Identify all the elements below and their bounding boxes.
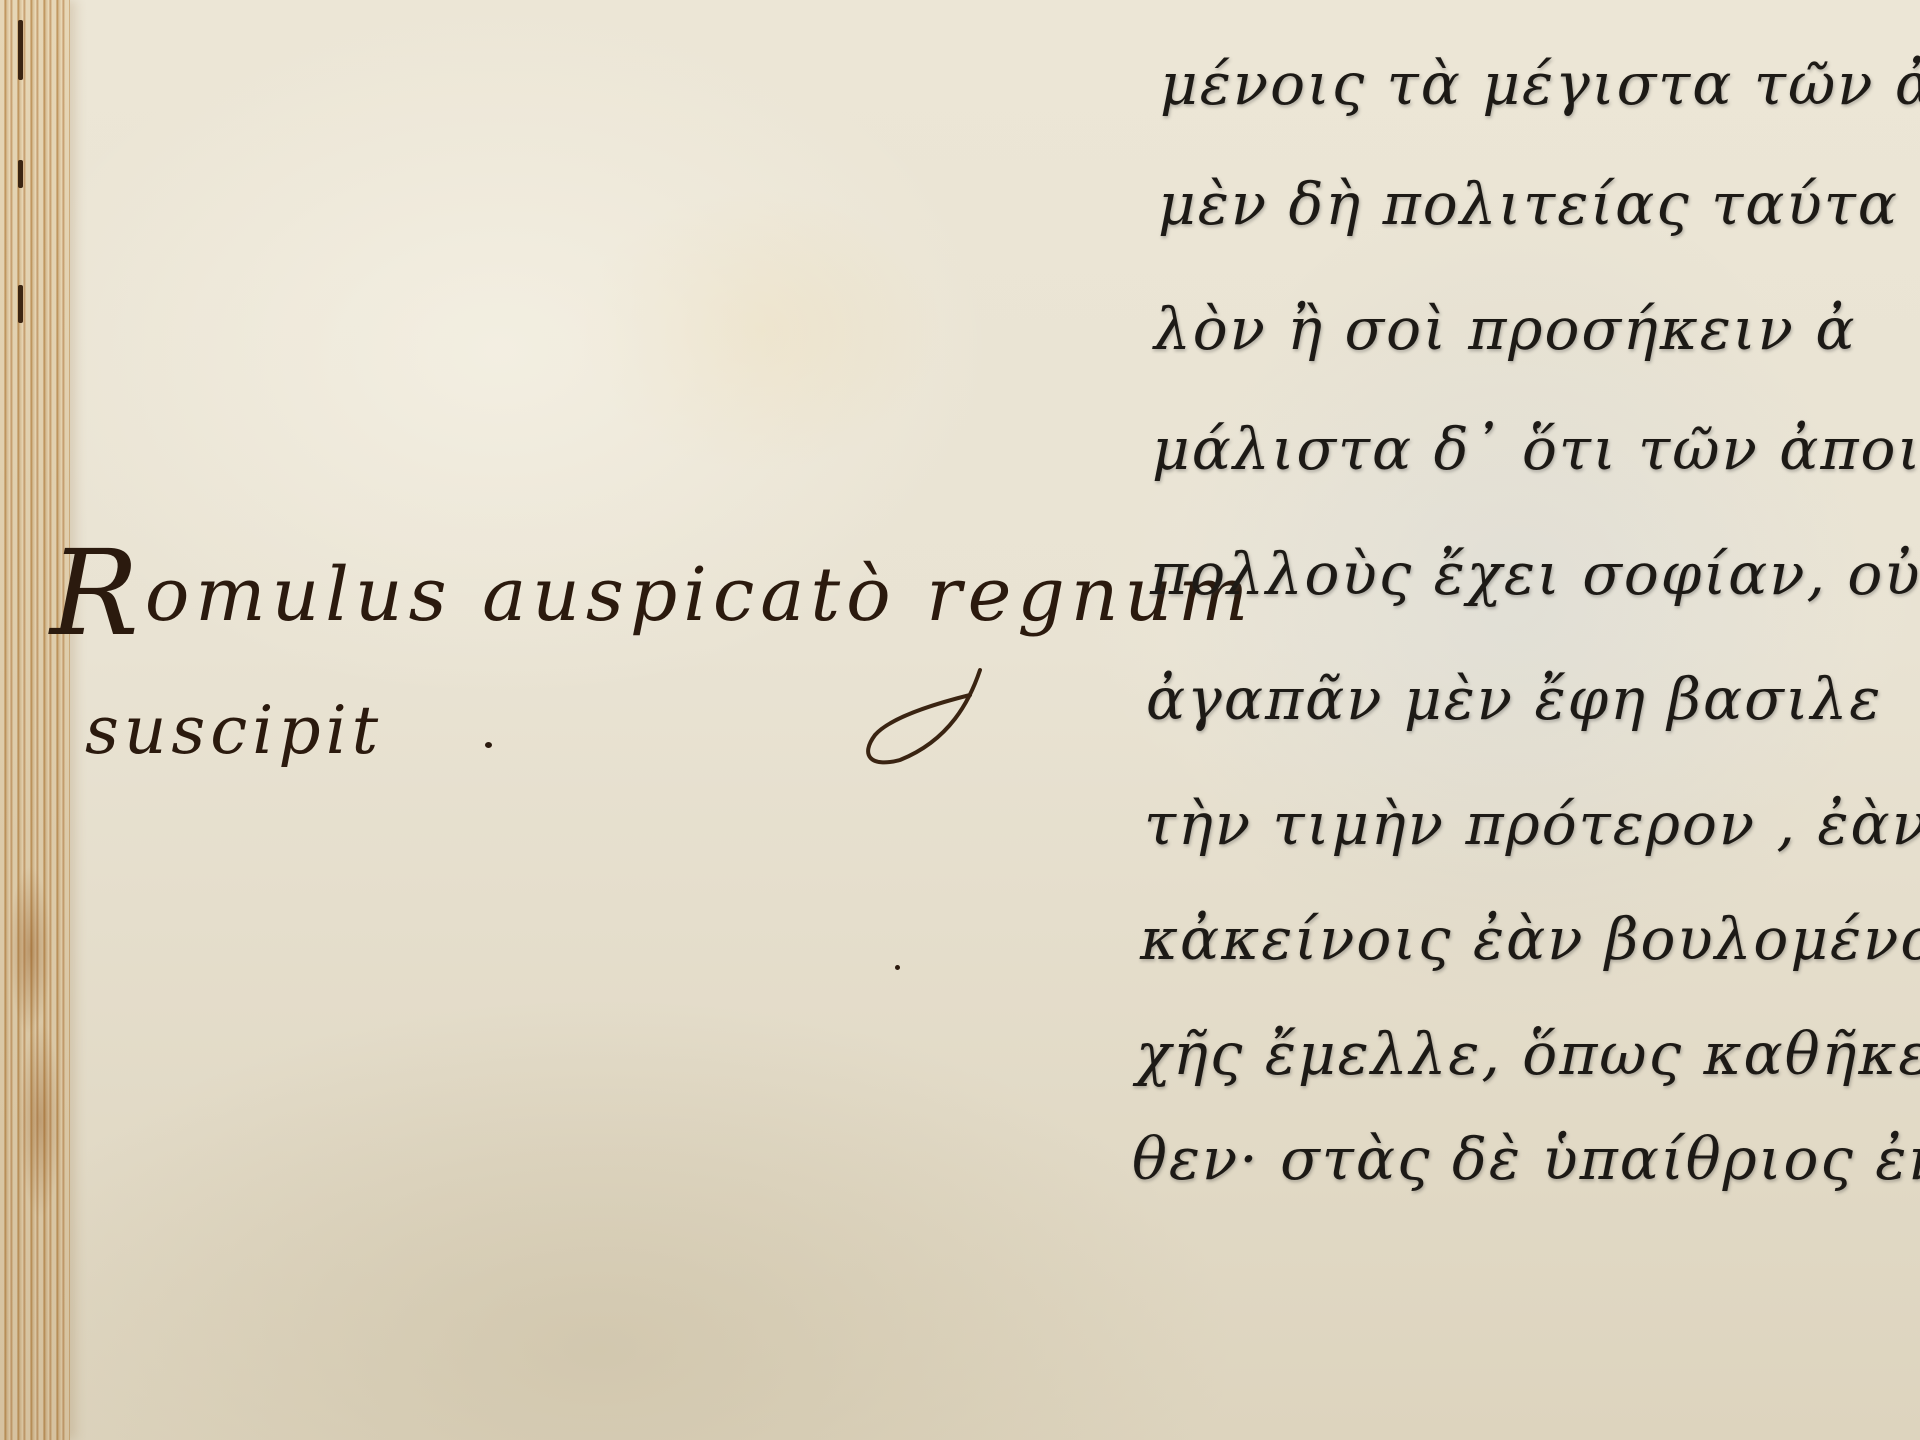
annotation-line-2: suscipit [85,692,383,769]
ink-dot [895,965,900,970]
annotation-initial: R [50,534,145,652]
greek-text-column: μένοις τὰ μέγιστα τῶν ἀνα μὲν δὴ πολιτεί… [1140,0,1920,1200]
binding-mark [18,160,23,188]
page-fore-edge [0,0,70,1440]
text-line: μὲν δὴ πολιτείας ταύτα [1158,170,1899,238]
regnum-flourish [860,660,1040,770]
text-line: κἀκείνοις ἐὰν βουλομένοις [1140,905,1920,973]
text-line: χῆς ἔμελλε, ὅπως καθῆκεν [1136,1020,1920,1088]
ink-dot [485,742,492,748]
text-line: τὴν τιμὴν πρότερον , ἐὰν [1144,790,1920,858]
annotation-line-1-text: omulus auspicatò regnum [145,552,1254,638]
text-line: λὸν ἢ σοὶ προσήκειν ἀ [1154,295,1857,363]
text-line: ἀγαπᾶν μὲν ἔφη βασιλε [1146,665,1882,733]
text-line: πολλοὺς ἔχει σοφίαν, οὐ λόγ [1150,540,1920,608]
manuscript-page: Romulus auspicatò regnum suscipit μένοις… [0,0,1920,1440]
annotation-line-1: Romulus auspicatò regnum [50,520,1254,638]
text-line: μένοις τὰ μέγιστα τῶν ἀνα [1160,50,1920,118]
binding-mark [18,20,23,80]
text-line: μάλιστα δ᾽ ὅτι τῶν ἀποικι [1152,415,1920,483]
binding-mark [18,285,23,323]
text-line: θεν· στὰς δὲ ὑπαίθριος ἐν [1132,1125,1920,1193]
